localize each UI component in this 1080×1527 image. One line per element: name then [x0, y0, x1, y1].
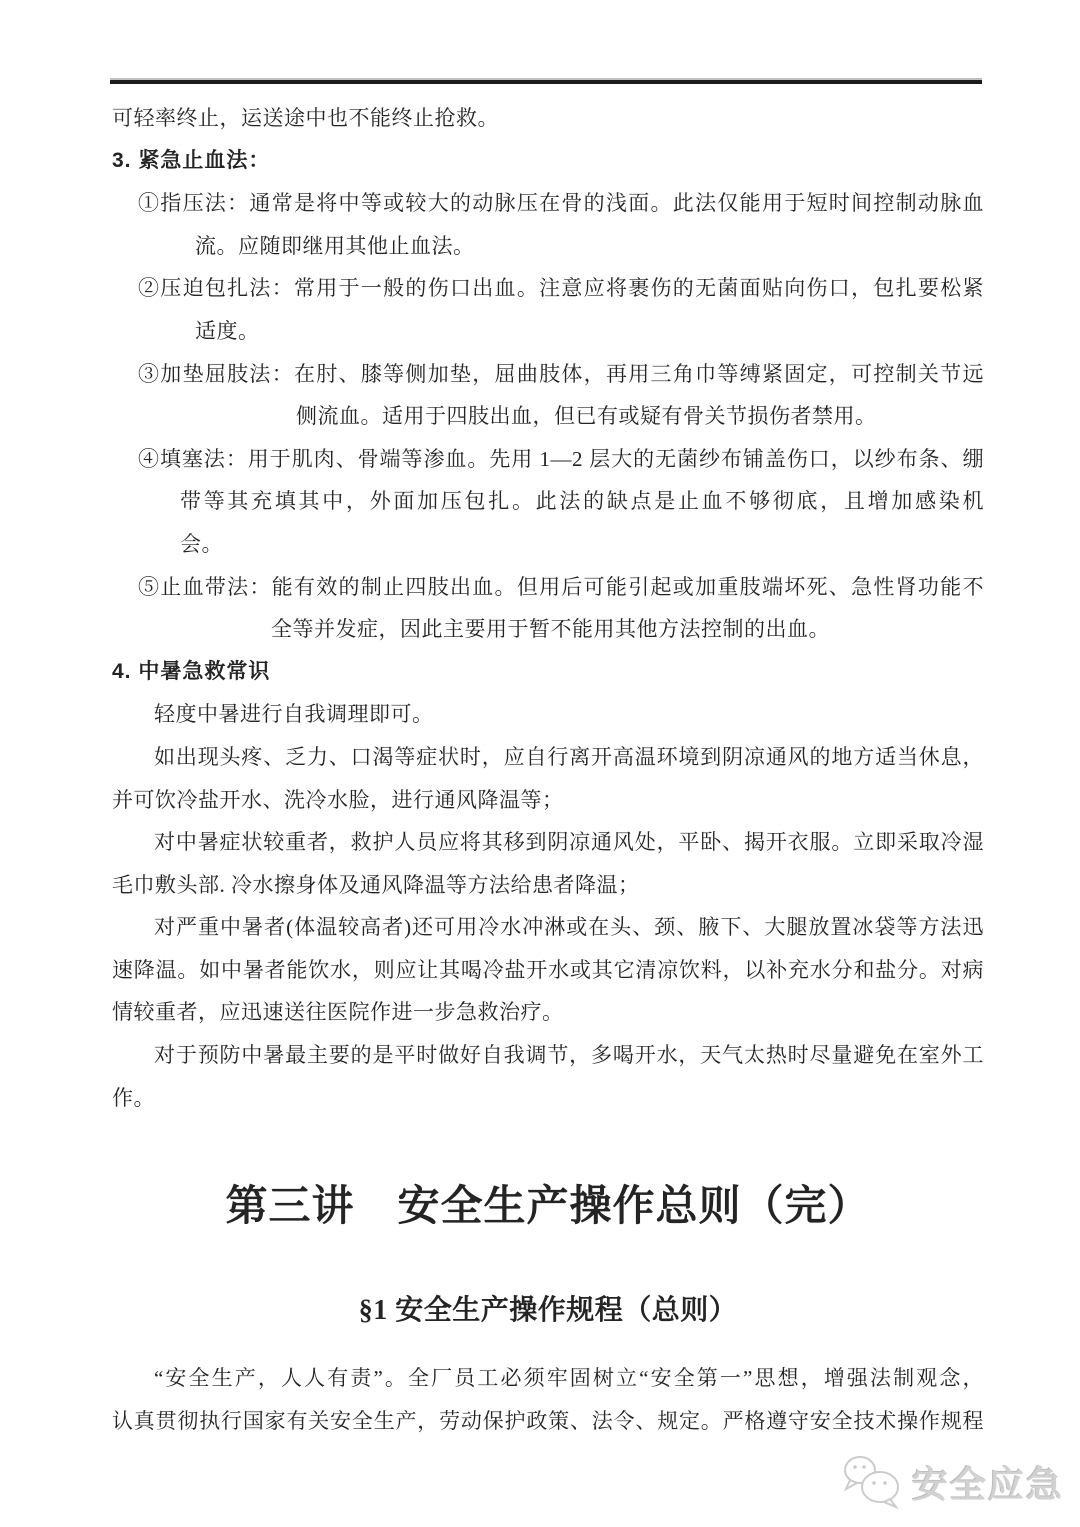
section-title: 第三讲 安全生产操作总则（完） — [112, 1179, 984, 1235]
body-line: 对中暑症状较重者，救护人员应将其移到阴凉通风处，平卧、揭开衣服。立即采取冷湿 — [154, 821, 984, 864]
body-line: 带等其充填其中，外面加压包扎。此法的缺点是止血不够彻底，且增加感染机 — [180, 480, 984, 523]
body-line: 全等并发症，因此主要用于暂不能用其他方法控制的出血。 — [271, 608, 984, 651]
document-body: 可轻率终止，运送途中也不能终止抢救。 3. 紧急止血法： ①指压法：通常是将中等… — [112, 97, 984, 1442]
body-line: ③加垫屈肢法：在肘、膝等侧加垫，屈曲肢体，再用三角巾等缚紧固定，可控制关节远 — [138, 353, 984, 396]
body-line: ④填塞法：用于肌肉、骨端等渗血。先用 1—2 层大的无菌纱布铺盖伤口，以纱布条、… — [138, 438, 984, 481]
body-line: 如出现头疼、乏力、口渴等症状时，应自行离开高温环境到阴凉通风的地方适当休息， — [154, 736, 984, 779]
header-rule-divider — [110, 80, 982, 84]
document-page: 可轻率终止，运送途中也不能终止抢救。 3. 紧急止血法： ①指压法：通常是将中等… — [0, 0, 1080, 1527]
body-line: 侧流血。适用于四肢出血，但已有或疑有骨关节损伤者禁用。 — [296, 395, 984, 438]
body-line: ①指压法：通常是将中等或较大的动脉压在骨的浅面。此法仅能用于短时间控制动脉血 — [138, 182, 984, 225]
body-line: 毛巾敷头部. 冷水擦身体及通风降温等方法给患者降温； — [112, 864, 984, 907]
watermark-label: 安全应急 — [912, 1457, 1064, 1508]
body-line: 会。 — [180, 523, 984, 566]
body-line: 对于预防中暑最主要的是平时做好自我调节，多喝开水，天气太热时尽量避免在室外工 — [154, 1034, 984, 1077]
section-subtitle: §1 安全生产操作规程（总则） — [112, 1291, 984, 1331]
body-line: 速降温。如中暑者能饮水，则应让其喝冷盐开水或其它清凉饮料，以补充水分和盐分。对病 — [112, 949, 984, 992]
body-line: 可轻率终止，运送途中也不能终止抢救。 — [112, 97, 984, 140]
watermark: 安全应急 — [840, 1453, 1064, 1511]
body-line: 对严重中暑者(体温较高者)还可用冷水冲淋或在头、颈、腋下、大腿放置冰袋等方法迅 — [154, 906, 984, 949]
body-line: 适度。 — [195, 310, 984, 353]
closing-line: 认真贯彻执行国家有关安全生产，劳动保护政策、法令、规定。严格遵守安全技术操作规程 — [112, 1400, 984, 1443]
section-heading-4: 4. 中暑急救常识 — [112, 651, 984, 694]
body-line: 并可饮冷盐开水、洗冷水脸，进行通风降温等； — [112, 779, 984, 822]
body-line: 情较重者，应迅速送往医院作进一步急救治疗。 — [112, 991, 984, 1034]
wechat-chat-bubbles-icon — [840, 1453, 904, 1511]
closing-line: “安全生产，人人有责”。全厂员工必须牢固树立“安全第一”思想，增强法制观念， — [154, 1357, 984, 1400]
body-line: 作。 — [112, 1077, 984, 1120]
section-heading-3: 3. 紧急止血法： — [112, 140, 984, 183]
body-line: 流。应随即继用其他止血法。 — [195, 225, 984, 268]
body-line: 轻度中暑进行自我调理即可。 — [154, 693, 984, 736]
body-line: ⑤止血带法：能有效的制止四肢出血。但用后可能引起或加重肢端坏死、急性肾功能不 — [138, 566, 984, 609]
body-line: ②压迫包扎法：常用于一般的伤口出血。注意应将裹伤的无菌面贴向伤口，包扎要松紧 — [138, 267, 984, 310]
